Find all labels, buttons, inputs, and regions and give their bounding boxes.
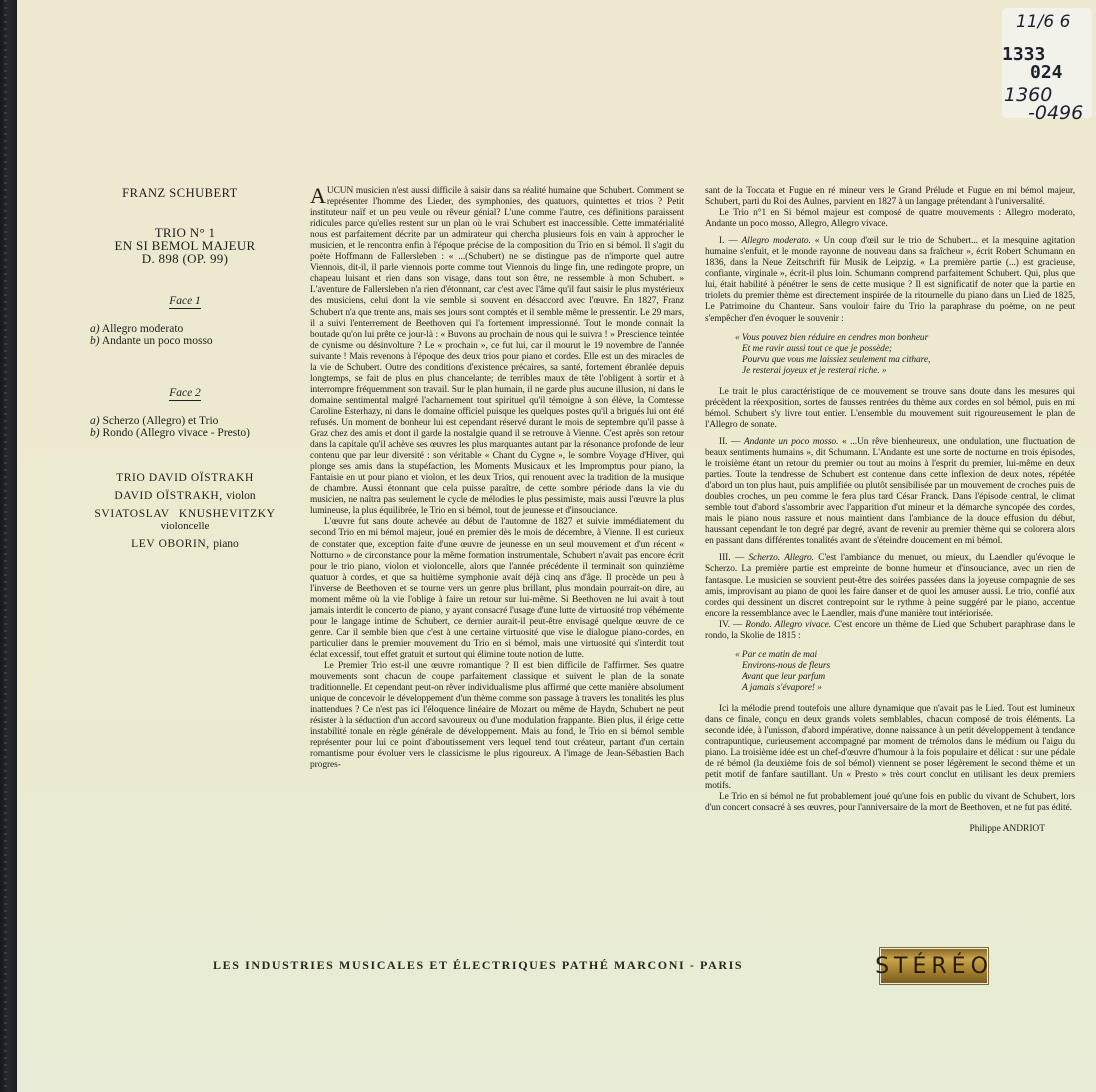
track-item: a) Allegro moderato <box>90 323 300 335</box>
performer-instrument: violoncelle <box>70 520 300 532</box>
movement-4-note: IV. — Rondo. Allegro vivace. C'est encor… <box>705 620 1075 642</box>
album-spine-edge <box>0 0 17 1092</box>
performer: DAVID OÏSTRAKH, violon <box>70 490 300 502</box>
performer: SVIATOSLAV KNUSHEVITZKY <box>70 508 300 520</box>
publisher-credit: LES INDUSTRIES MUSICALES ET ÉLECTRIQUES … <box>213 958 743 973</box>
liner-paragraph: AUCUN musicien n'est aussi difficile à s… <box>310 186 684 517</box>
work-title-line: D. 898 (OP. 99) <box>70 252 300 265</box>
sticker-line: 11/6 6 <box>1016 12 1070 32</box>
ensemble-name: TRIO DAVID OÏSTRAKH <box>70 472 300 484</box>
movement-2-note: II. — Andante un poco mosso. « ...Un rêv… <box>705 437 1075 547</box>
face-2-tracks: a) Scherzo (Allegro) et Trio b) Rondo (A… <box>90 415 300 439</box>
stereo-badge: STÉRÉO <box>880 948 988 984</box>
face-1-tracks: a) Allegro moderato b) Andante un poco m… <box>90 323 300 347</box>
movement-3-note: III. — Scherzo. Allegro. C'est l'ambianc… <box>705 553 1075 619</box>
liner-paragraph: Ici la mélodie prend toutefois une allur… <box>705 704 1075 792</box>
track-item: b) Rondo (Allegro vivace - Presto) <box>90 427 300 439</box>
track-item: a) Scherzo (Allegro) et Trio <box>90 415 300 427</box>
liner-notes-column-2: sant de la Toccata et Fugue en ré mineur… <box>705 186 1075 835</box>
liner-paragraph: L'œuvre fut sans doute achevée au début … <box>310 517 684 661</box>
liner-paragraph: Le Trio n°1 en Si bémol majeur est compo… <box>705 208 1075 230</box>
track-listing-column: FRANZ SCHUBERT TRIO N° 1 EN SI BEMOL MAJ… <box>70 186 300 556</box>
face-1-heading: Face 1 <box>169 295 201 309</box>
quoted-verse: « Vous pouvez bien réduire en cendres mo… <box>735 333 1075 377</box>
drop-cap: A <box>310 187 326 205</box>
face-2-heading: Face 2 <box>169 387 201 401</box>
liner-notes-column-1: AUCUN musicien n'est aussi difficile à s… <box>310 186 684 771</box>
sticker-line: -0496 <box>1028 102 1083 124</box>
quoted-verse: « Par ce matin de mai Environs-nous de f… <box>735 650 1075 694</box>
liner-paragraph: sant de la Toccata et Fugue en ré mineur… <box>705 186 1075 208</box>
composer-name: FRANZ SCHUBERT <box>60 186 300 201</box>
performer: LEV OBORIN, piano <box>70 538 300 550</box>
work-title: TRIO N° 1 EN SI BEMOL MAJEUR D. 898 (OP.… <box>70 226 300 265</box>
liner-paragraph: Le trait le plus caractéristique de ce m… <box>705 387 1075 431</box>
performers: TRIO DAVID OÏSTRAKH DAVID OÏSTRAKH, viol… <box>70 472 300 550</box>
catalog-sticker: 11/6 6 1333 024 1360 -0496 <box>1002 8 1092 118</box>
track-item: b) Andante un poco mosso <box>90 335 300 347</box>
liner-paragraph: Le Trio en si bémol ne fut probablement … <box>705 792 1075 814</box>
movement-1-note: I. — Allegro moderato. « Un coup d'œil s… <box>705 236 1075 324</box>
author-signature: Philippe ANDRIOT <box>705 824 1075 835</box>
sticker-line: 024 <box>1030 62 1063 83</box>
liner-paragraph: Le Premier Trio est-il une œuvre romanti… <box>310 661 684 771</box>
